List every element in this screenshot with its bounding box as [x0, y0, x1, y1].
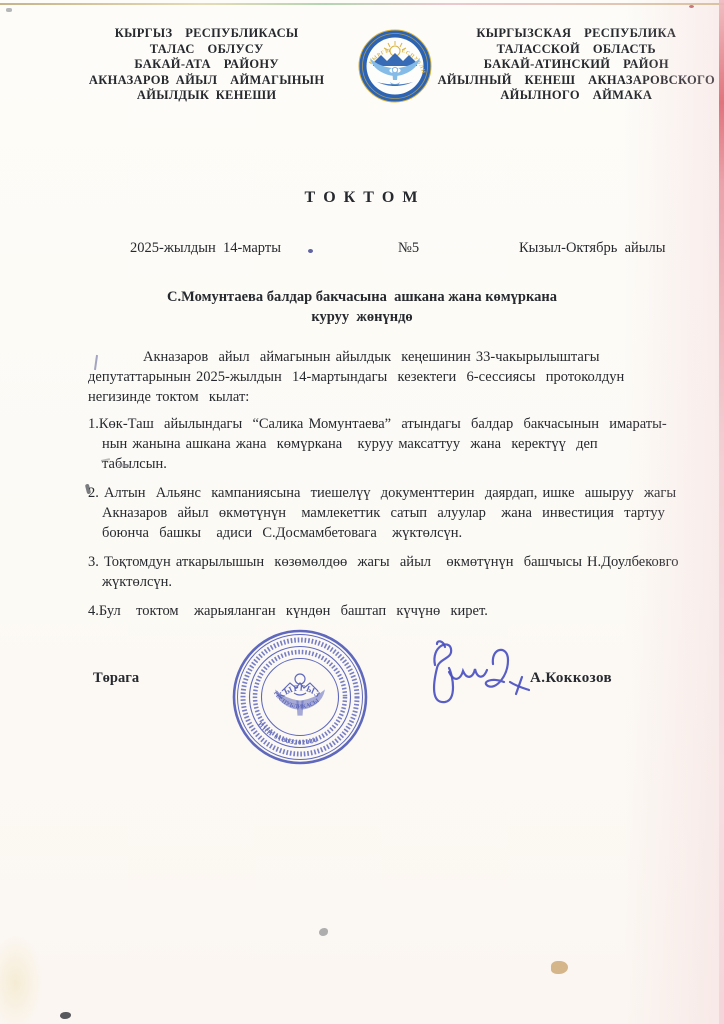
scanned-decree-page: КЫРГЫЗ РЕСПУБЛИКАСЫТАЛАС ОБЛУСУБАКАЙ-АТА…: [0, 0, 724, 1024]
bottom-mark-artifact: [60, 1012, 71, 1019]
decree-items: 1.Көк-Таш айылындагы “Салика Момунтаева”…: [88, 414, 672, 621]
coat-of-arms-emblem: КЫРГЫЗ РЕСПУБЛИКАСЫ: [355, 26, 434, 104]
document-meta-row: 2025-жылдын 14-марты №5 Кызыл-Октябрь ай…: [0, 240, 724, 260]
document-number: №5: [398, 240, 419, 257]
chairman-name: А.Коккозов: [530, 670, 612, 687]
org-name-kyrgyz: КЫРГЫЗ РЕСПУБЛИКАСЫТАЛАС ОБЛУСУБАКАЙ-АТА…: [58, 26, 355, 104]
decree-item-4: 4.Бул токтом жарыяланган күндөн баштап к…: [88, 601, 672, 621]
document-subject: С.Момунтаева балдар бакчасына ашкана жан…: [0, 287, 724, 327]
scan-edge-right: [719, 0, 724, 1024]
decree-item-1: 1.Көк-Таш айылындагы “Салика Момунтаева”…: [88, 414, 672, 474]
tan-smudge-artifact: [551, 961, 568, 974]
signature-scrawl: [415, 633, 540, 728]
document-preamble: Акназаров айыл аймагынын айылдык кеңешин…: [88, 347, 672, 407]
official-stamp: КЫРГЫЗ РЕСПУБЛИКАСЫ ИНН 01803202016: [230, 627, 370, 767]
gray-smudge-artifact: [319, 928, 328, 936]
decree-item-3: 3. Тоқтомдун аткарылышын көзөмөлдөө жагы…: [88, 552, 672, 592]
yellow-smudge-artifact: [0, 935, 43, 1024]
scan-edge-top: [0, 3, 724, 5]
document-header: КЫРГЫЗ РЕСПУБЛИКАСЫТАЛАС ОБЛУСУБАКАЙ-АТА…: [0, 0, 724, 104]
decree-item-2: 2. Алтын Альянс кампаниясына тиешелүү до…: [88, 483, 672, 543]
document-title: Т О К Т О М: [0, 189, 724, 207]
document-body: Акназаров айыл аймагынын айылдык кеңешин…: [88, 347, 672, 621]
document-place: Кызыл-Октябрь айылы: [519, 240, 666, 257]
chairman-label: Төрага: [93, 670, 139, 687]
document-date: 2025-жылдын 14-марты: [130, 240, 281, 257]
kyrgyz-coat-of-arms-icon: КЫРГЫЗ РЕСПУБЛИКАСЫ: [357, 28, 433, 104]
org-name-russian: КЫРГЫЗСКАЯ РЕСПУБЛИКАТАЛАССКОЙ ОБЛАСТЬБА…: [435, 26, 718, 104]
